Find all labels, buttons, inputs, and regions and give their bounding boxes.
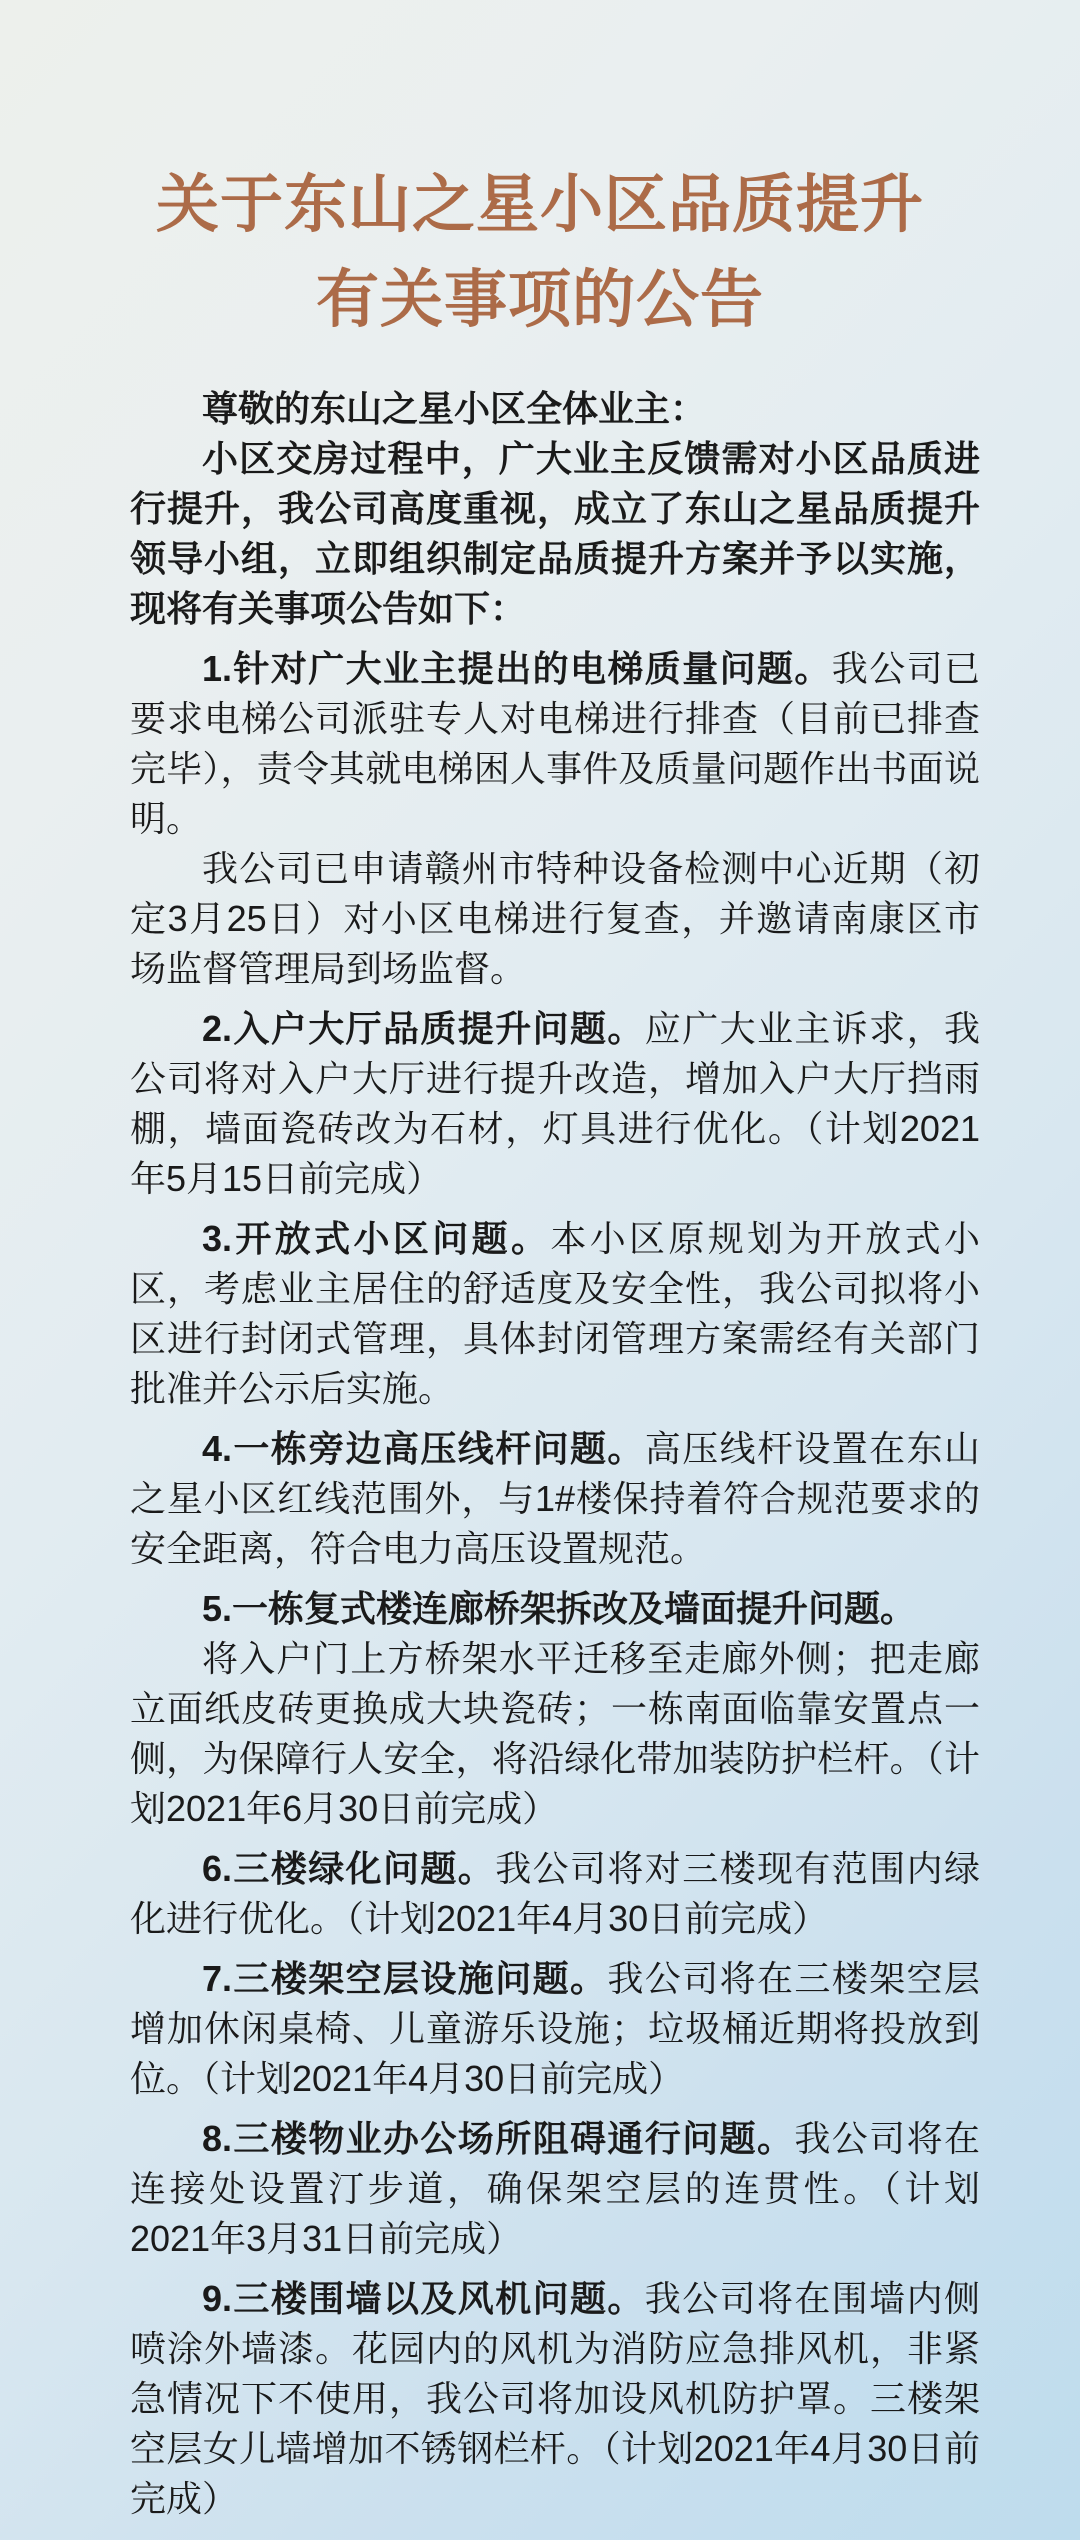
section-2-heading: 2.入户大厅品质提升问题。 bbox=[202, 1008, 645, 1049]
notice-section-6: 6.三楼绿化问题。我公司将对三楼现有范围内绿化进行优化。（计划2021年4月30… bbox=[130, 1844, 980, 1944]
notice-section-4: 4.一栋旁边高压线杆问题。高压线杆设置在东山之星小区红线范围外，与1#楼保持着符… bbox=[130, 1424, 980, 1574]
notice-section-5: 5.一栋复式楼连廊桥架拆改及墙面提升问题。 bbox=[130, 1584, 980, 1634]
notice-title-line2: 有关事项的公告 bbox=[0, 253, 1080, 348]
section-7-heading: 7.三楼架空层设施问题。 bbox=[202, 1958, 607, 1999]
section-4-heading: 4.一栋旁边高压线杆问题。 bbox=[202, 1428, 645, 1469]
notice-page: 关于东山之星小区品质提升 有关事项的公告 尊敬的东山之星小区全体业主： 小区交房… bbox=[0, 0, 1080, 2540]
notice-section-2: 2.入户大厅品质提升问题。应广大业主诉求，我公司将对入户大厅进行提升改造，增加入… bbox=[130, 1004, 980, 1204]
notice-section-9: 9.三楼围墙以及风机问题。我公司将在围墙内侧喷涂外墙漆。花园内的风机为消防应急排… bbox=[130, 2274, 980, 2524]
notice-section-7: 7.三楼架空层设施问题。我公司将在三楼架空层增加休闲桌椅、儿童游乐设施；垃圾桶近… bbox=[130, 1954, 980, 2104]
notice-section-3: 3.开放式小区问题。本小区原规划为开放式小区，考虑业主居住的舒适度及安全性，我公… bbox=[130, 1214, 980, 1414]
section-5-heading: 5.一栋复式楼连廊桥架拆改及墙面提升问题。 bbox=[202, 1588, 916, 1629]
section-6-heading: 6.三楼绿化问题。 bbox=[202, 1848, 495, 1889]
section-3-heading: 3.开放式小区问题。 bbox=[202, 1218, 550, 1259]
section-8-heading: 8.三楼物业办公场所阻碍通行问题。 bbox=[202, 2118, 794, 2159]
notice-title-line1: 关于东山之星小区品质提升 bbox=[0, 158, 1080, 253]
notice-section-1-continued: 我公司已申请赣州市特种设备检测中心近期（初定3月25日）对小区电梯进行复查，并邀… bbox=[130, 844, 980, 994]
section-1-extra-text: 我公司已申请赣州市特种设备检测中心近期（初定3月25日）对小区电梯进行复查，并邀… bbox=[130, 848, 980, 989]
notice-body: 尊敬的东山之星小区全体业主： 小区交房过程中，广大业主反馈需对小区品质进行提升，… bbox=[0, 384, 1080, 2524]
notice-section-8: 8.三楼物业办公场所阻碍通行问题。我公司将在连接处设置汀步道，确保架空层的连贯性… bbox=[130, 2114, 980, 2264]
section-9-heading: 9.三楼围墙以及风机问题。 bbox=[202, 2278, 645, 2319]
notice-section-5-continued: 将入户门上方桥架水平迁移至走廊外侧；把走廊立面纸皮砖更换成大块瓷砖；一栋南面临靠… bbox=[130, 1634, 980, 1834]
section-1-heading: 1.针对广大业主提出的电梯质量问题。 bbox=[202, 648, 832, 689]
section-5-extra-text: 将入户门上方桥架水平迁移至走廊外侧；把走廊立面纸皮砖更换成大块瓷砖；一栋南面临靠… bbox=[130, 1638, 980, 1829]
notice-intro: 小区交房过程中，广大业主反馈需对小区品质进行提升，我公司高度重视，成立了东山之星… bbox=[130, 434, 980, 634]
notice-title: 关于东山之星小区品质提升 有关事项的公告 bbox=[0, 158, 1080, 348]
notice-greeting: 尊敬的东山之星小区全体业主： bbox=[130, 384, 980, 434]
notice-section-1: 1.针对广大业主提出的电梯质量问题。我公司已要求电梯公司派驻专人对电梯进行排查（… bbox=[130, 644, 980, 844]
